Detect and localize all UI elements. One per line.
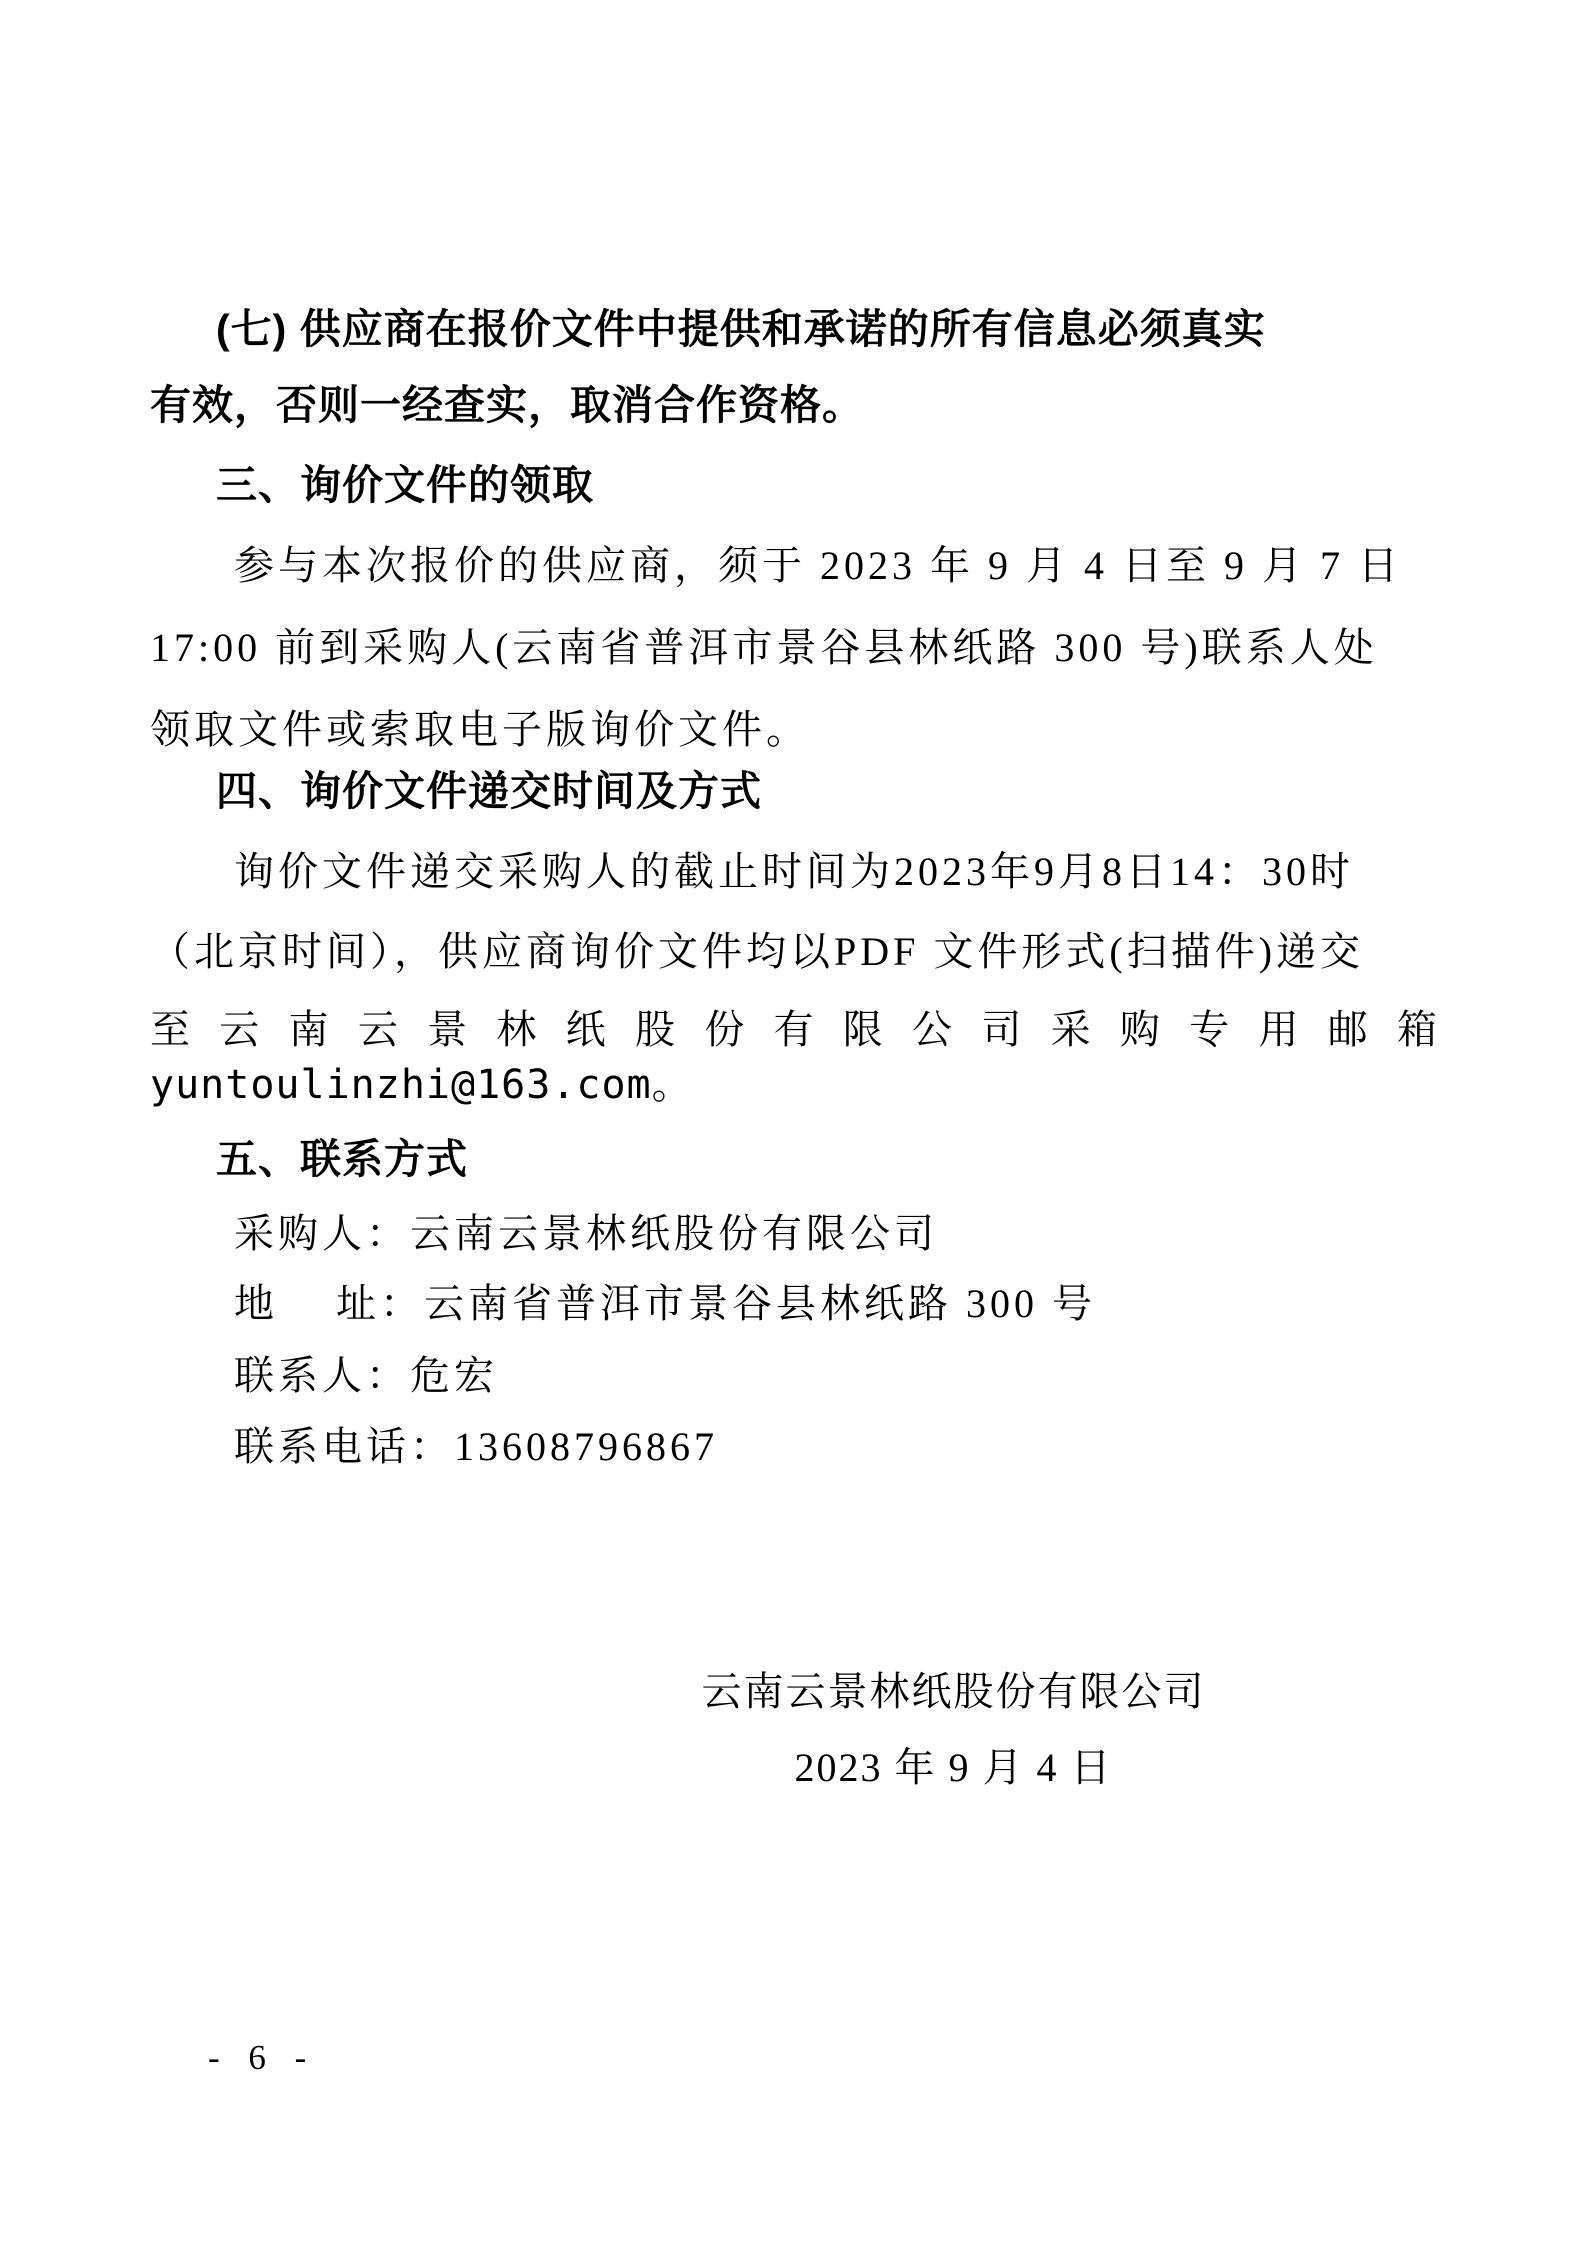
contact-person-line: 联系人：危宏 [150,1344,1439,1401]
section-4-line-1: 询价文件递交采购人的截止时间为2023年9月8日14：30时 [150,840,1439,897]
section-5-heading: 五、联系方式 [150,1126,1439,1185]
section-3-line-1: 参与本次报价的供应商，须于 2023 年 9 月 4 日至 9 月 7 日 [150,534,1439,591]
section-3-heading: 三、询价文件的领取 [150,452,1439,511]
section-4-line-2: （北京时间），供应商询价文件均以PDF 文件形式(扫描件)递交 [150,920,1439,977]
section-4-line-3-justified: 至云南云景林纸股份有限公司采购专用邮箱 [150,998,1439,1055]
section-3-line-3: 领取文件或索取电子版询价文件。 [150,698,1439,755]
clause-7-line-1: (七) 供应商在报价文件中提供和承诺的所有信息必须真实 [150,296,1439,355]
address-line: 地 址：云南省普洱市景谷县林纸路 300 号 [150,1272,1439,1329]
signature-company: 云南云景林纸股份有限公司 [320,1660,1587,1717]
purchaser-line: 采购人：云南云景林纸股份有限公司 [150,1202,1439,1259]
document-page: (七) 供应商在报价文件中提供和承诺的所有信息必须真实 有效，否则一经查实，取消… [0,0,1587,2245]
signature-date: 2023 年 9 月 4 日 [320,1736,1587,1793]
procurement-email-text: yuntoulinzhi@163.com。 [150,1053,1439,1110]
section-3-line-2: 17:00 前到采购人(云南省普洱市景谷县林纸路 300 号)联系人处 [150,616,1439,673]
section-4-heading: 四、询价文件递交时间及方式 [150,758,1439,817]
page-number: - 6 - [208,2038,316,2078]
clause-7-line-2: 有效，否则一经查实，取消合作资格。 [150,372,1439,431]
contact-phone-line: 联系电话：13608796867 [150,1415,1439,1472]
